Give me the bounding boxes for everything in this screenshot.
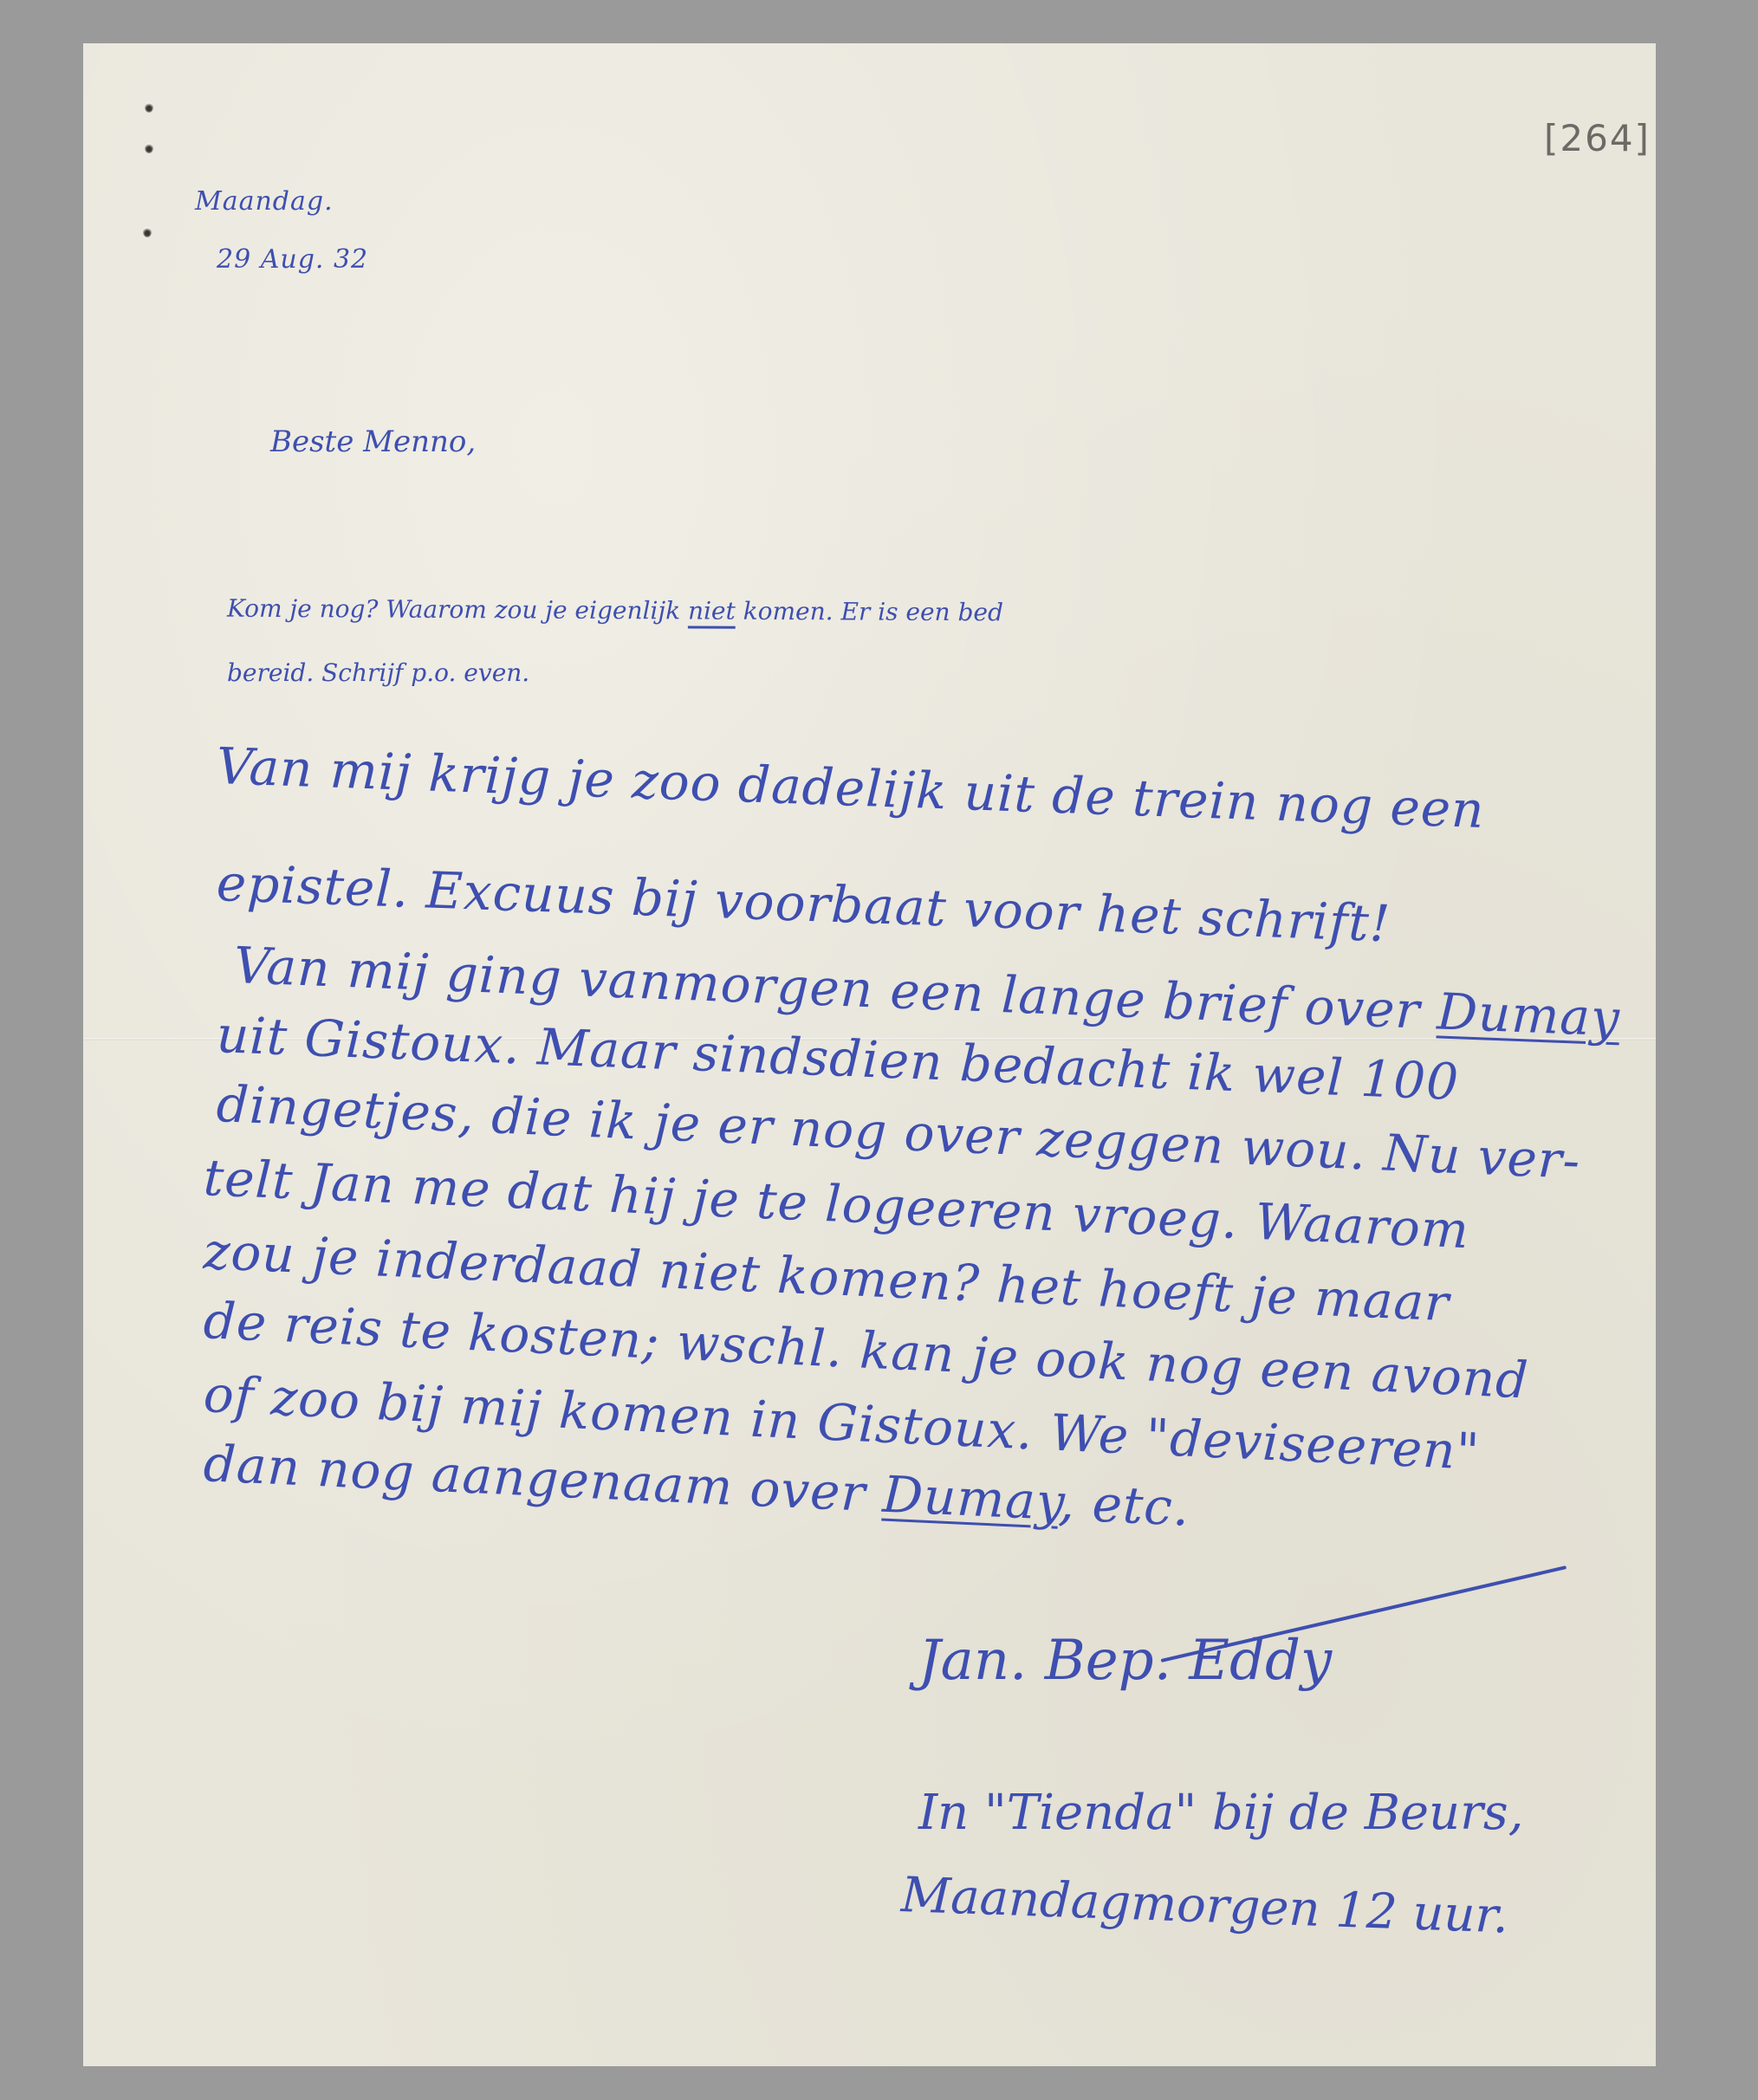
intro-line-1-text: Kom je nog? Waarom zou je eigenlijk niet… (227, 594, 1003, 627)
punch-hole (145, 143, 153, 153)
underlined-name: Dumay (881, 1465, 1060, 1532)
salutation: Beste Menno, (270, 425, 476, 459)
archive-number: [264] (1544, 117, 1651, 159)
postscript-location: In "Tienda" bij de Beurs, (918, 1785, 1523, 1841)
letter-date: 29 Aug. 32 (217, 244, 368, 275)
intro-line-1: Kom je nog? Waarom zou je eigenlijk niet… (227, 594, 1003, 627)
intro-line-2: bereid. Schrijf p.o. even. (227, 658, 529, 687)
punch-hole (145, 102, 153, 113)
signature: Jan. Bep. Eddy (918, 1629, 1332, 1693)
underlined-name: Dumay (1436, 982, 1621, 1047)
punch-hole (143, 227, 152, 237)
letter-day: Maandag. (195, 186, 334, 217)
underlined-word: niet (688, 596, 736, 625)
